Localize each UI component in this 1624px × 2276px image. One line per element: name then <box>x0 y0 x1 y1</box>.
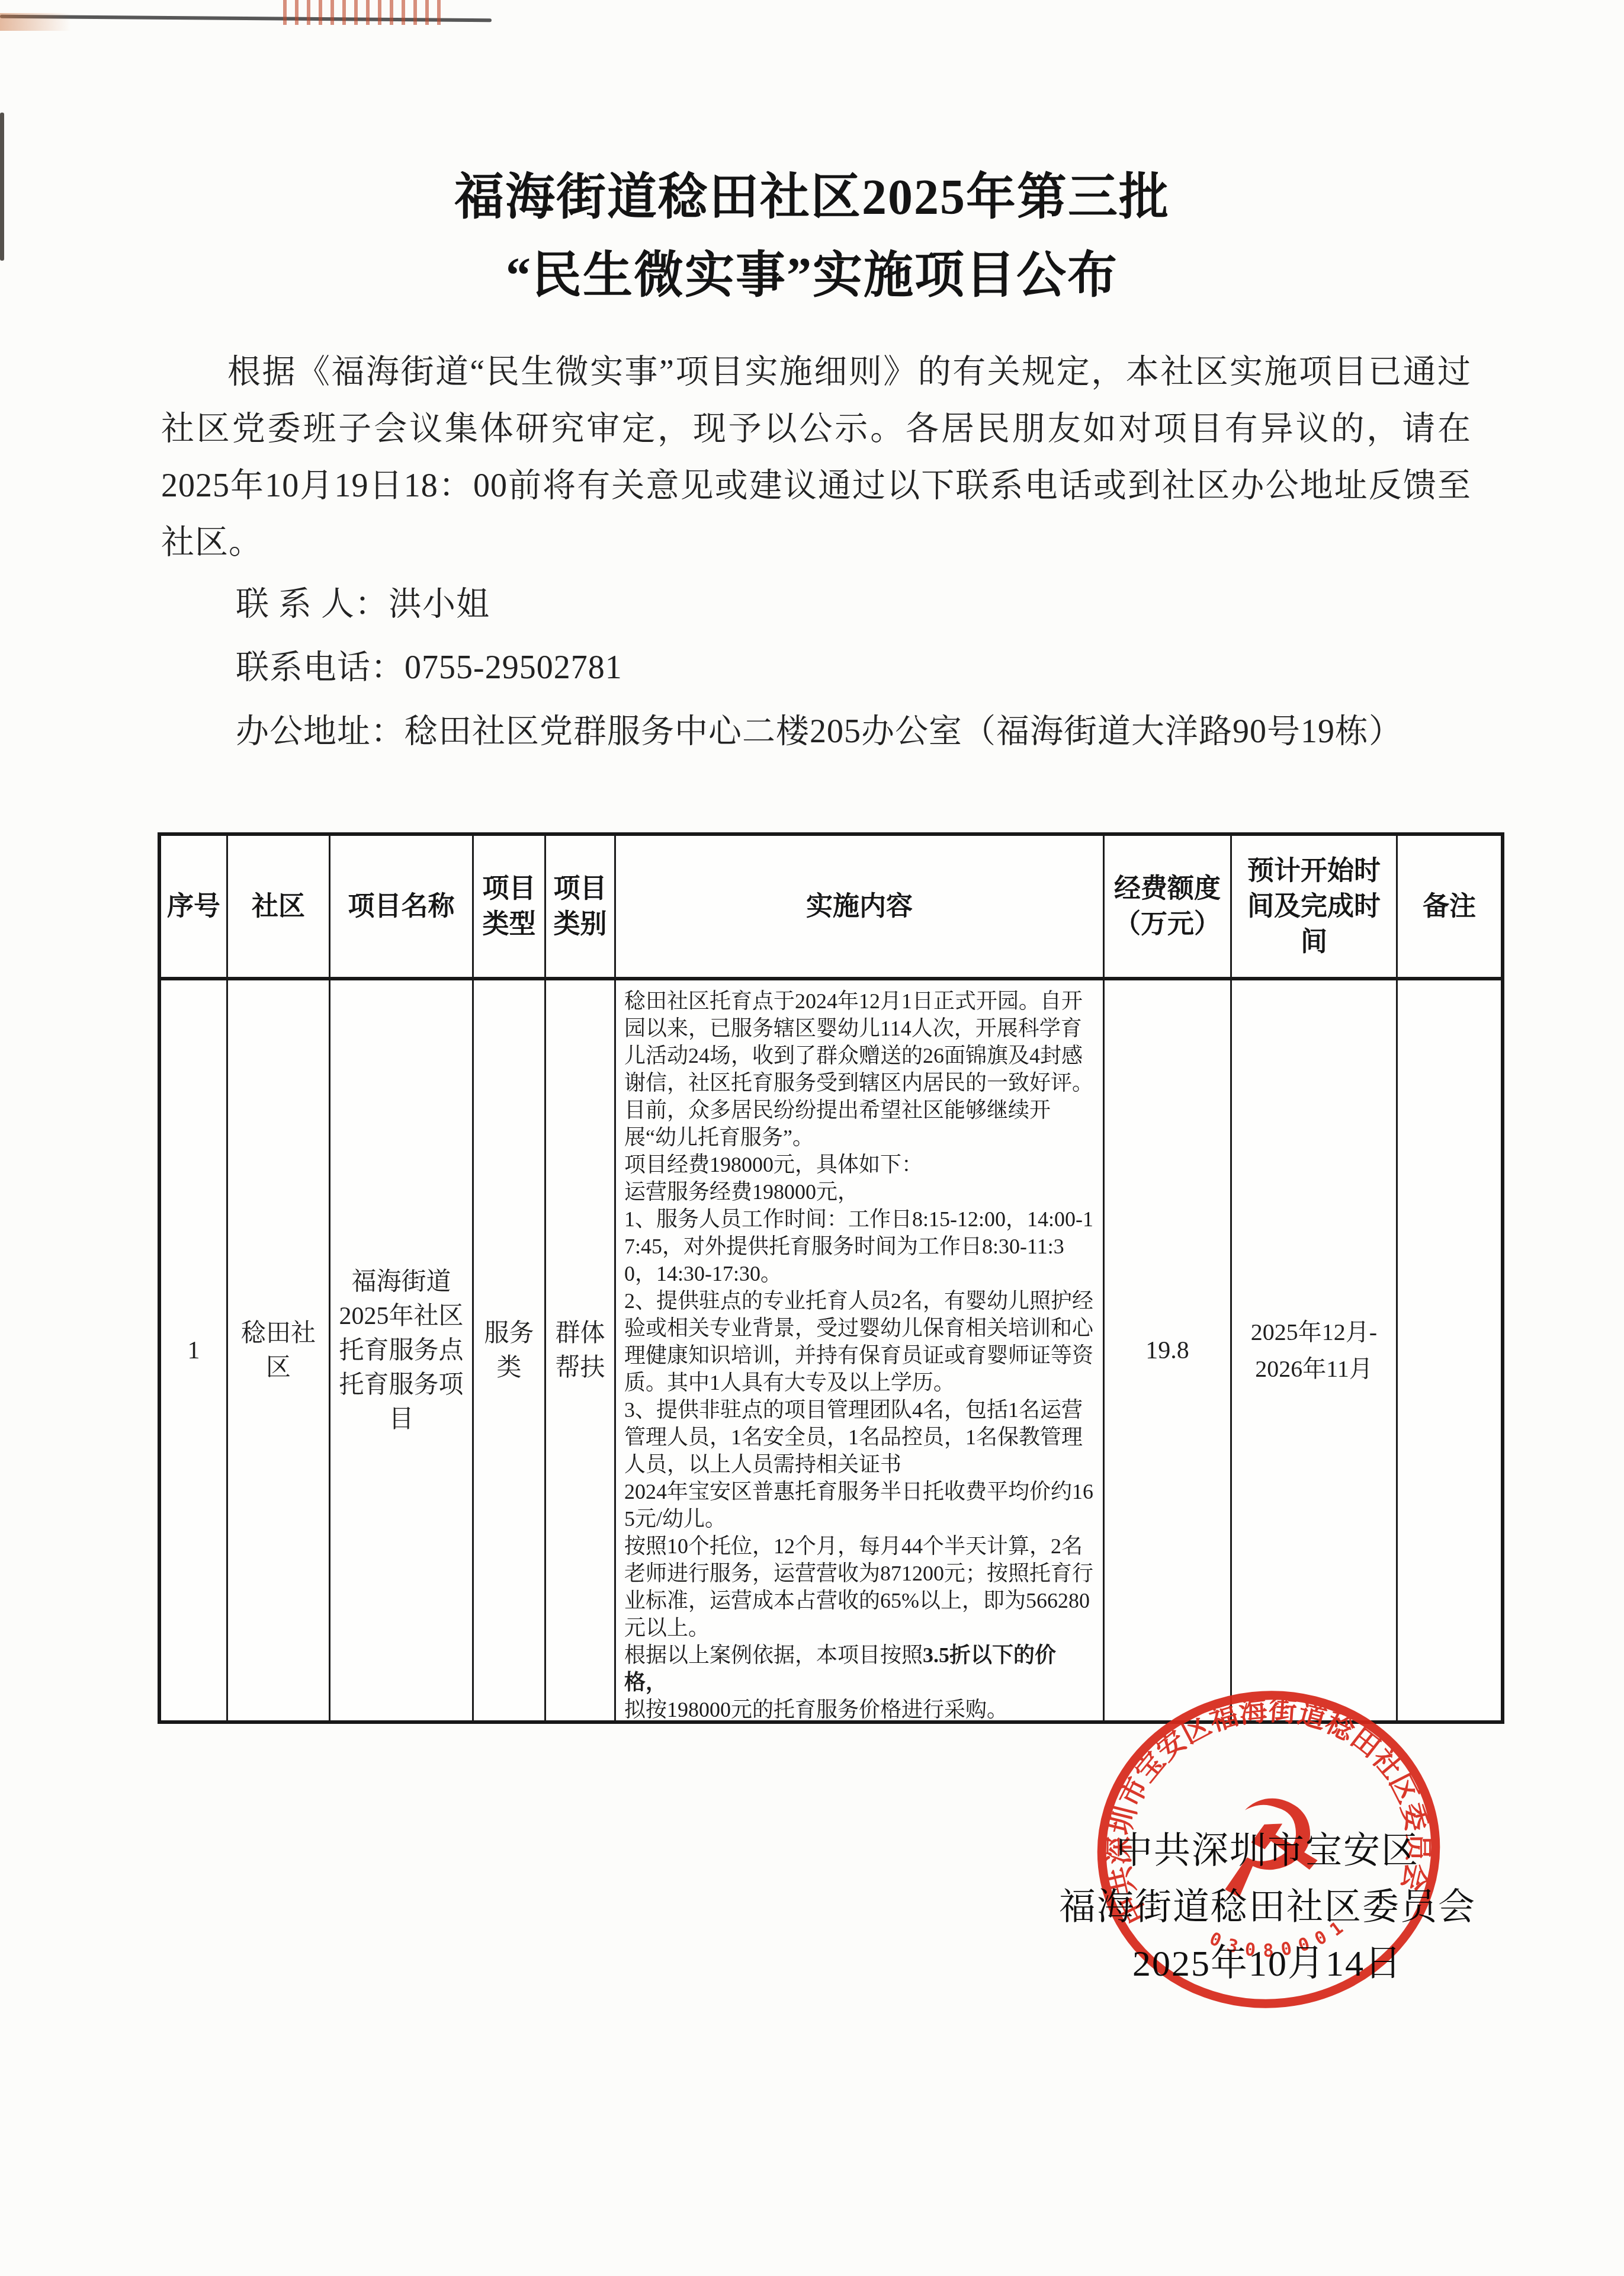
row-content: 稔田社区托育点于2024年12月1日正式开园。自开园以来，已服务辖区婴幼儿114… <box>616 980 1105 1720</box>
row-project-category: 群体帮扶 <box>546 980 616 1720</box>
implementation-content: 稔田社区托育点于2024年12月1日正式开园。自开园以来，已服务辖区婴幼儿114… <box>624 988 1096 1720</box>
row-community: 稔田社区 <box>228 980 330 1720</box>
content-part3: 拟按198000元的托育服务价格进行采购。 实际支出以具体方案及决算支出为准。 <box>624 1698 1008 1720</box>
schedule-dates: 2025年12月- 2026年11月 <box>1251 1314 1377 1387</box>
header-project-type: 项目类型 <box>474 836 546 980</box>
header-remark: 备注 <box>1398 836 1501 980</box>
header-content: 实施内容 <box>616 836 1105 980</box>
contact-person: 联 系 人：洪小姐 <box>236 578 490 625</box>
row-project-type: 服务类 <box>474 980 546 1720</box>
schedule-end: 2026年11月 <box>1251 1351 1377 1387</box>
header-no: 序号 <box>161 836 228 980</box>
row-project-name: 福海街道2025年社区托育服务点托育服务项目 <box>330 980 474 1720</box>
row-schedule: 2025年12月- 2026年11月 <box>1232 980 1398 1720</box>
header-project-name: 项目名称 <box>330 836 474 980</box>
title-line-1: 福海街道稔田社区2025年第三批 <box>0 159 1624 237</box>
schedule-start: 2025年12月- <box>1251 1314 1377 1351</box>
contact-phone: 联系电话：0755-29502781 <box>236 641 622 688</box>
header-project-category: 项目类别 <box>546 836 616 980</box>
intro-paragraph: 根据《福海街道“民生微实事”项目实施细则》的有关规定，本社区实施项目已通过社区党… <box>161 344 1471 571</box>
signature-org-line2: 福海街道稔田社区委员会 <box>977 1880 1558 1936</box>
row-no: 1 <box>161 980 228 1720</box>
corner-smudge-artifact <box>0 13 71 31</box>
content-part1: 稔田社区托育点于2024年12月1日正式开园。自开园以来，已服务辖区婴幼儿114… <box>624 989 1093 1667</box>
header-community: 社区 <box>228 836 330 980</box>
signature-date: 2025年10月14日 <box>977 1936 1558 1992</box>
document-page: 福海街道稔田社区2025年第三批 “民生微实事”实施项目公布 根据《福海街道“民… <box>0 0 1624 2276</box>
project-table: 序号 社区 项目名称 项目类型 项目类别 实施内容 经费额度（万元） 预计开始时… <box>158 832 1504 1724</box>
row-remark <box>1398 980 1501 1720</box>
header-schedule: 预计开始时间及完成时间 <box>1232 836 1398 980</box>
title-line-2: “民生微实事”实施项目公布 <box>0 237 1624 315</box>
page-title: 福海街道稔田社区2025年第三批 “民生微实事”实施项目公布 <box>0 159 1624 315</box>
header-budget: 经费额度（万元） <box>1105 836 1232 980</box>
red-smudge-artifact <box>283 0 443 25</box>
row-budget: 19.8 <box>1105 980 1232 1720</box>
office-address: 办公地址：稔田社区党群服务中心二楼205办公室（福海街道大洋路90号19栋） <box>236 705 1402 752</box>
signature-block: 中共深圳市宝安区 福海街道稔田社区委员会 2025年10月14日 <box>977 1823 1558 1992</box>
signature-org-line1: 中共深圳市宝安区 <box>977 1823 1558 1880</box>
